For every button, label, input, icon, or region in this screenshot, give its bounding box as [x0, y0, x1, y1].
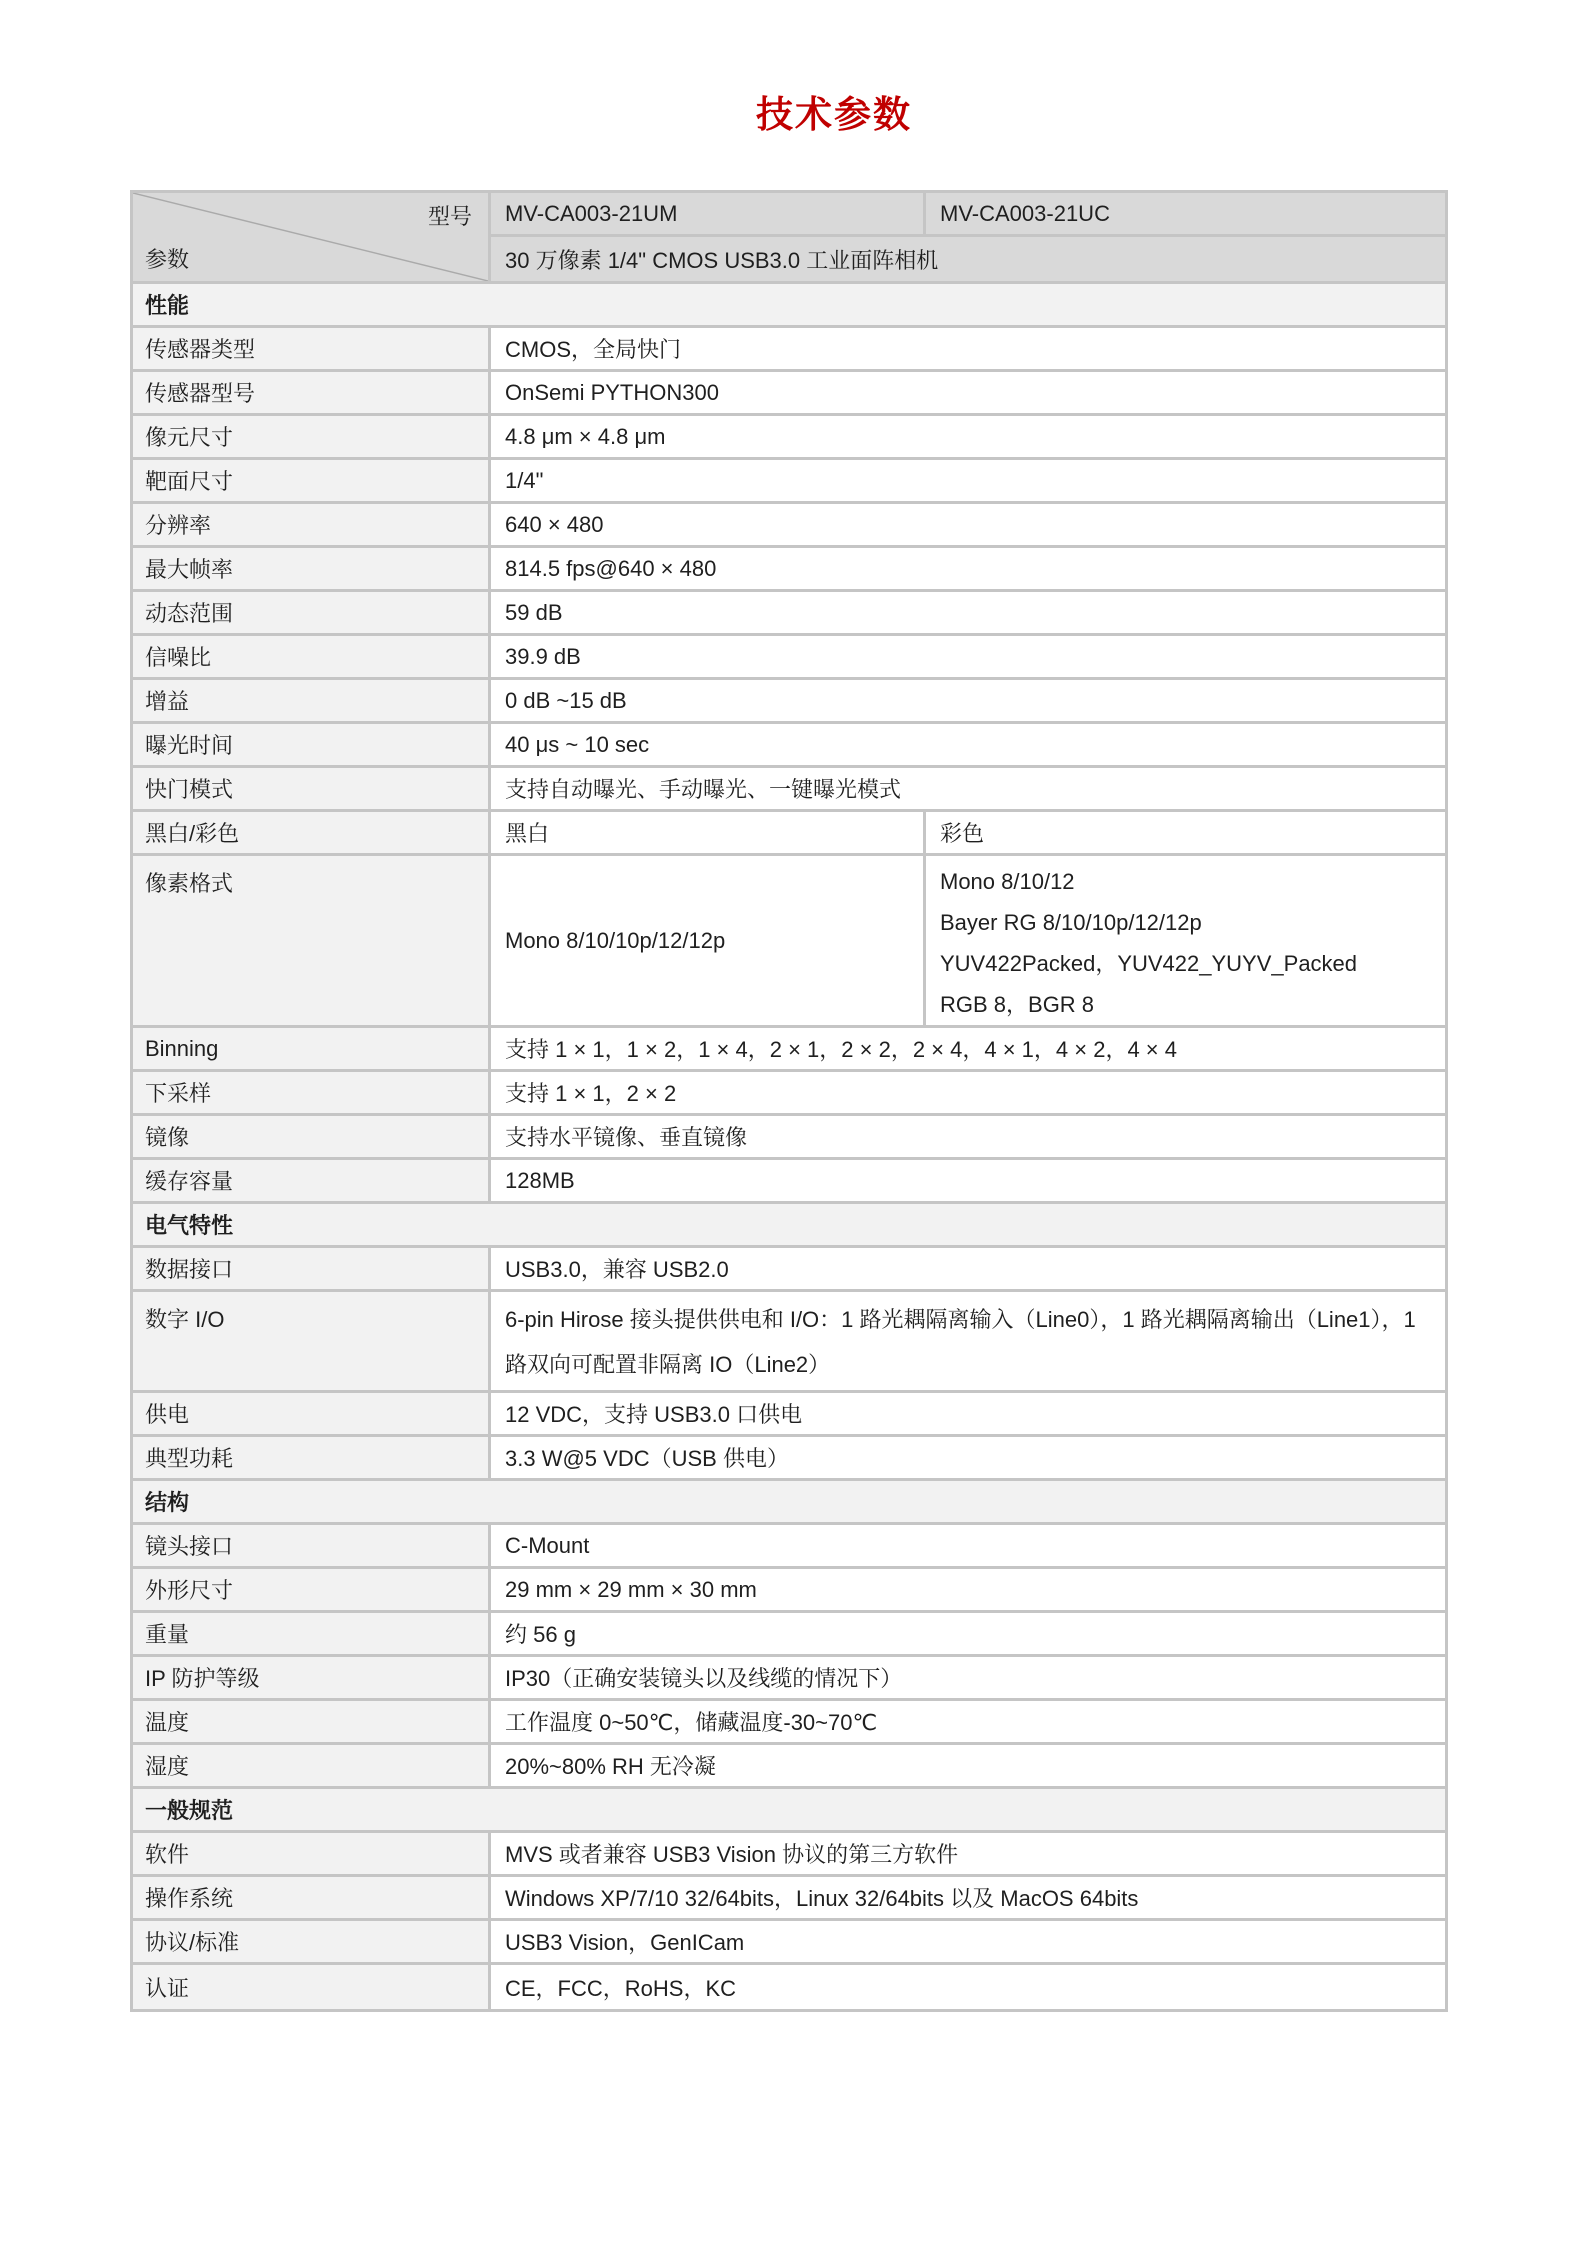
spec-label: 典型功耗	[133, 1437, 491, 1478]
spec-row: 典型功耗3.3 W@5 VDC（USB 供电）	[133, 1437, 1445, 1481]
spec-value: MVS 或者兼容 USB3 Vision 协议的第三方软件	[491, 1833, 1445, 1874]
pixel-format-line: RGB 8，BGR 8	[940, 984, 1431, 1025]
spec-label: 外形尺寸	[133, 1569, 491, 1610]
pixel-format-line: Bayer RG 8/10/10p/12/12p	[940, 902, 1431, 943]
spec-value: 12 VDC，支持 USB3.0 口供电	[491, 1393, 1445, 1434]
spec-row: 数据接口USB3.0，兼容 USB2.0	[133, 1248, 1445, 1292]
spec-value-mono: 黑白	[491, 812, 926, 853]
spec-label: 传感器型号	[133, 372, 491, 413]
spec-value: CMOS，全局快门	[491, 328, 1445, 369]
spec-row: 外形尺寸29 mm × 29 mm × 30 mm	[133, 1569, 1445, 1613]
spec-value: 1/4"	[491, 460, 1445, 501]
spec-label: 重量	[133, 1613, 491, 1654]
spec-label: 供电	[133, 1393, 491, 1434]
spec-row: 操作系统Windows XP/7/10 32/64bits，Linux 32/6…	[133, 1877, 1445, 1921]
spec-value: USB3.0，兼容 USB2.0	[491, 1248, 1445, 1289]
spec-label: 温度	[133, 1701, 491, 1742]
pixel-format-line: Mono 8/10/12	[940, 861, 1431, 902]
header-model-label: 型号	[428, 200, 472, 231]
spec-value: C-Mount	[491, 1525, 1445, 1566]
spec-value: OnSemi PYTHON300	[491, 372, 1445, 413]
spec-value: 40 μs ~ 10 sec	[491, 724, 1445, 765]
header-parameter-label: 参数	[145, 243, 189, 274]
spec-row: 认证CE，FCC，RoHS，KC	[133, 1965, 1445, 2009]
spec-label: 协议/标准	[133, 1921, 491, 1962]
spec-value: 39.9 dB	[491, 636, 1445, 677]
spec-value: 29 mm × 29 mm × 30 mm	[491, 1569, 1445, 1610]
section-title: 一般规范	[133, 1789, 1445, 1830]
spec-value: 640 × 480	[491, 504, 1445, 545]
spec-row-pixel-format: 像素格式Mono 8/10/10p/12/12pMono 8/10/12Baye…	[133, 856, 1445, 1028]
camera-description: 30 万像素 1/4" CMOS USB3.0 工业面阵相机	[491, 237, 1445, 281]
section-title: 性能	[133, 284, 1445, 325]
spec-label: 镜头接口	[133, 1525, 491, 1566]
section-header-row: 电气特性	[133, 1204, 1445, 1248]
spec-row: 湿度20%~80% RH 无冷凝	[133, 1745, 1445, 1789]
spec-value-mono: Mono 8/10/10p/12/12p	[491, 856, 926, 1025]
spec-row: 数字 I/O6-pin Hirose 接头提供供电和 I/O：1 路光耦隔离输入…	[133, 1292, 1445, 1393]
spec-value-color: Mono 8/10/12Bayer RG 8/10/10p/12/12pYUV4…	[926, 856, 1445, 1025]
spec-value: 4.8 μm × 4.8 μm	[491, 416, 1445, 457]
spec-label: 镜像	[133, 1116, 491, 1157]
spec-label: 数字 I/O	[133, 1292, 491, 1390]
spec-label: 像素格式	[133, 856, 491, 1025]
spec-row: 协议/标准USB3 Vision，GenICam	[133, 1921, 1445, 1965]
spec-value: 59 dB	[491, 592, 1445, 633]
model-name-left: MV-CA003-21UM	[491, 193, 926, 237]
table-header: 型号 参数 MV-CA003-21UM MV-CA003-21UC 30 万像素…	[133, 193, 1445, 284]
spec-row-split: 黑白/彩色黑白彩色	[133, 812, 1445, 856]
spec-label: 增益	[133, 680, 491, 721]
spec-value: CE，FCC，RoHS，KC	[491, 1965, 1445, 2009]
spec-value: 3.3 W@5 VDC（USB 供电）	[491, 1437, 1445, 1478]
spec-label: 下采样	[133, 1072, 491, 1113]
table-body: 性能传感器类型CMOS，全局快门传感器型号OnSemi PYTHON300像元尺…	[133, 284, 1445, 2009]
spec-label: 数据接口	[133, 1248, 491, 1289]
spec-row: 动态范围59 dB	[133, 592, 1445, 636]
spec-label: 最大帧率	[133, 548, 491, 589]
spec-row: 传感器类型CMOS，全局快门	[133, 328, 1445, 372]
spec-label: IP 防护等级	[133, 1657, 491, 1698]
page-title: 技术参数	[130, 84, 1448, 138]
spec-label: 缓存容量	[133, 1160, 491, 1201]
section-title: 结构	[133, 1481, 1445, 1522]
spec-row: Binning支持 1 × 1，1 × 2，1 × 4，2 × 1，2 × 2，…	[133, 1028, 1445, 1072]
spec-label: 像元尺寸	[133, 416, 491, 457]
header-corner-cell: 型号 参数	[133, 193, 491, 281]
spec-label: 动态范围	[133, 592, 491, 633]
spec-label: 传感器类型	[133, 328, 491, 369]
spec-value-color: 彩色	[926, 812, 1445, 853]
section-header-row: 结构	[133, 1481, 1445, 1525]
spec-value: 支持自动曝光、手动曝光、一键曝光模式	[491, 768, 1445, 809]
section-header-row: 一般规范	[133, 1789, 1445, 1833]
spec-row: IP 防护等级IP30（正确安装镜头以及线缆的情况下）	[133, 1657, 1445, 1701]
spec-value: 0 dB ~15 dB	[491, 680, 1445, 721]
spec-label: 操作系统	[133, 1877, 491, 1918]
spec-value: 约 56 g	[491, 1613, 1445, 1654]
spec-label: 靶面尺寸	[133, 460, 491, 501]
spec-table: 型号 参数 MV-CA003-21UM MV-CA003-21UC 30 万像素…	[130, 190, 1448, 2012]
spec-label: Binning	[133, 1028, 491, 1069]
spec-value: 支持 1 × 1，1 × 2，1 × 4，2 × 1，2 × 2，2 × 4，4…	[491, 1028, 1445, 1069]
spec-row: 温度工作温度 0~50℃，储藏温度-30~70℃	[133, 1701, 1445, 1745]
spec-sheet-page: 技术参数 型号 参数 MV-CA003-21UM MV-CA003-21UC 3…	[0, 0, 1588, 2245]
spec-row: 镜像支持水平镜像、垂直镜像	[133, 1116, 1445, 1160]
spec-label: 黑白/彩色	[133, 812, 491, 853]
spec-value: USB3 Vision，GenICam	[491, 1921, 1445, 1962]
section-title: 电气特性	[133, 1204, 1445, 1245]
spec-row: 重量约 56 g	[133, 1613, 1445, 1657]
spec-label: 湿度	[133, 1745, 491, 1786]
spec-label: 分辨率	[133, 504, 491, 545]
spec-value: 工作温度 0~50℃，储藏温度-30~70℃	[491, 1701, 1445, 1742]
pixel-format-line: YUV422Packed，YUV422_YUYV_Packed	[940, 943, 1431, 984]
spec-value: 支持水平镜像、垂直镜像	[491, 1116, 1445, 1157]
spec-label: 曝光时间	[133, 724, 491, 765]
spec-row: 最大帧率814.5 fps@640 × 480	[133, 548, 1445, 592]
spec-row: 信噪比39.9 dB	[133, 636, 1445, 680]
spec-value: 6-pin Hirose 接头提供供电和 I/O：1 路光耦隔离输入（Line0…	[491, 1292, 1445, 1390]
spec-row: 靶面尺寸1/4"	[133, 460, 1445, 504]
spec-value: Windows XP/7/10 32/64bits，Linux 32/64bit…	[491, 1877, 1445, 1918]
spec-row: 分辨率640 × 480	[133, 504, 1445, 548]
spec-row: 快门模式支持自动曝光、手动曝光、一键曝光模式	[133, 768, 1445, 812]
spec-label: 认证	[133, 1965, 491, 2009]
spec-value: 20%~80% RH 无冷凝	[491, 1745, 1445, 1786]
spec-row: 下采样支持 1 × 1，2 × 2	[133, 1072, 1445, 1116]
spec-row: 缓存容量128MB	[133, 1160, 1445, 1204]
spec-row: 软件MVS 或者兼容 USB3 Vision 协议的第三方软件	[133, 1833, 1445, 1877]
spec-label: 快门模式	[133, 768, 491, 809]
spec-value: IP30（正确安装镜头以及线缆的情况下）	[491, 1657, 1445, 1698]
spec-label: 软件	[133, 1833, 491, 1874]
spec-value: 支持 1 × 1，2 × 2	[491, 1072, 1445, 1113]
model-name-right: MV-CA003-21UC	[926, 193, 1445, 237]
spec-row: 像元尺寸4.8 μm × 4.8 μm	[133, 416, 1445, 460]
section-header-row: 性能	[133, 284, 1445, 328]
spec-row: 曝光时间40 μs ~ 10 sec	[133, 724, 1445, 768]
spec-value: 814.5 fps@640 × 480	[491, 548, 1445, 589]
spec-label: 信噪比	[133, 636, 491, 677]
spec-row: 供电12 VDC，支持 USB3.0 口供电	[133, 1393, 1445, 1437]
spec-row: 传感器型号OnSemi PYTHON300	[133, 372, 1445, 416]
spec-value: 128MB	[491, 1160, 1445, 1201]
spec-row: 增益0 dB ~15 dB	[133, 680, 1445, 724]
spec-row: 镜头接口C-Mount	[133, 1525, 1445, 1569]
